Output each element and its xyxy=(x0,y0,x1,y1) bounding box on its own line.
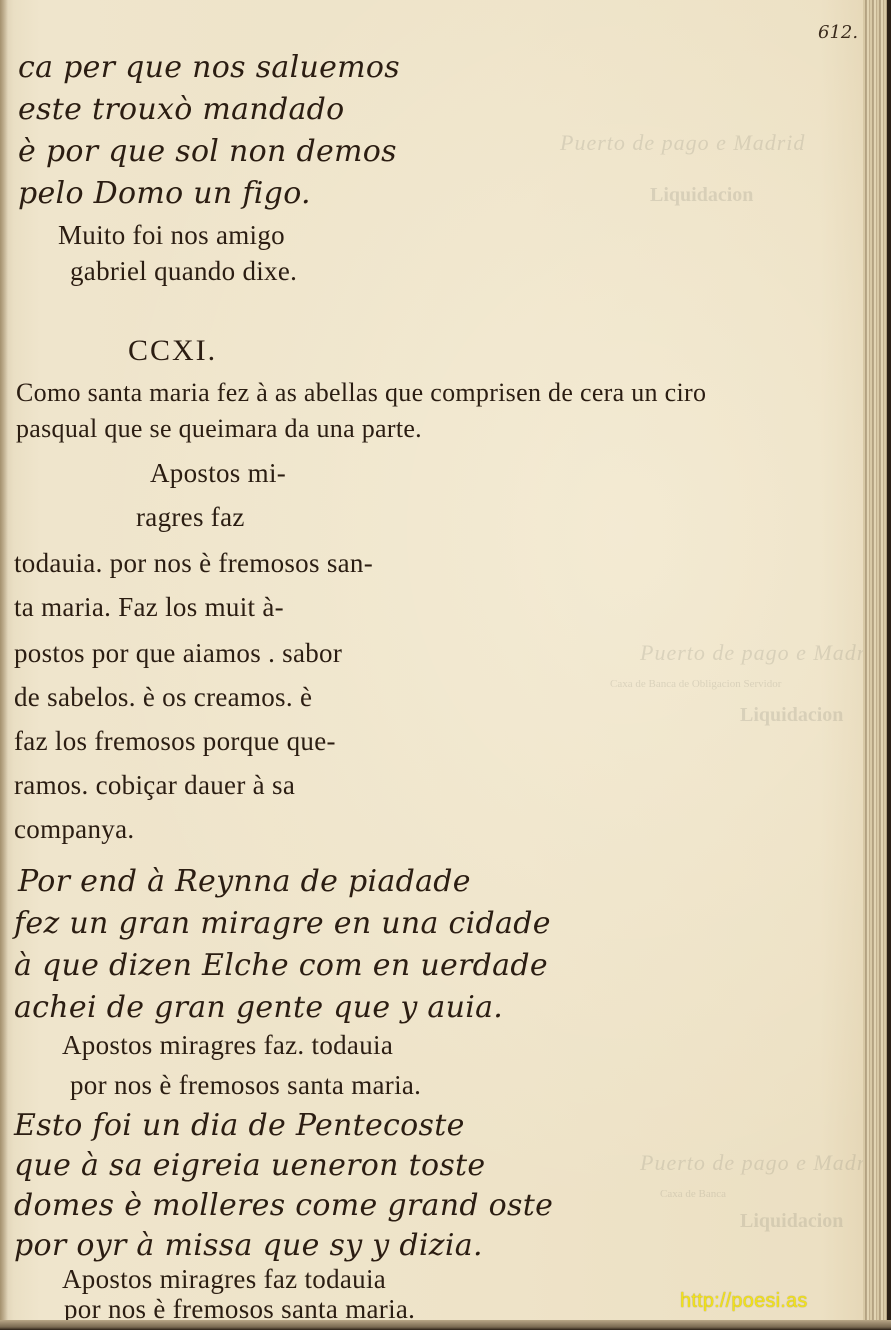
verse-line: Esto foi un dia de Pentecoste xyxy=(14,1108,465,1143)
rubric-line: pasqual que se queimara da una parte. xyxy=(16,414,422,444)
refrain-line: ta maria. Faz los muit à- xyxy=(14,592,284,623)
refrain-line: companya. xyxy=(14,814,134,845)
bleed-through-block-3: Puerto de pago e Madrid Caxa de Banca Li… xyxy=(640,1150,885,1233)
verse-line: achei de gran gente que y auia. xyxy=(14,990,503,1025)
verse-line: domes è molleres come grand oste xyxy=(14,1188,553,1223)
refrain-line: de sabelos. è os creamos. è xyxy=(14,682,312,713)
watermark-url: http://poesi.as xyxy=(680,1290,808,1313)
manuscript-page: Puerto de pago e Madrid Liquidacion Puer… xyxy=(0,0,891,1330)
verse-line: à que dizen Elche com en uerdade xyxy=(14,948,548,983)
refrain-line: faz los fremosos porque que- xyxy=(14,726,336,757)
bleed-through-title: Puerto de pago e Madrid xyxy=(560,130,805,156)
refrain-line: Apostos mi- xyxy=(150,458,286,489)
refrain-line: por nos è fremosos santa maria. xyxy=(70,1070,421,1101)
verse-line: Por end à Reynna de piadade xyxy=(18,864,471,899)
verse-line: este trouxò mandado xyxy=(18,92,345,127)
verse-line: por oyr à missa que sy y dizia. xyxy=(14,1228,483,1263)
refrain-line: Apostos miragres faz todauia xyxy=(62,1264,386,1295)
refrain-line: ramos. cobiçar dauer à sa xyxy=(14,770,295,801)
bleed-through-bold: Liquidacion xyxy=(650,184,805,207)
bleed-through-title: Puerto de pago e Madrid xyxy=(640,1150,885,1176)
refrain-line: todauia. por nos è fremosos san- xyxy=(14,548,373,579)
section-heading: CCXI. xyxy=(128,334,217,368)
refrain-line: ragres faz xyxy=(136,502,245,533)
refrain-line: Apostos miragres faz. todauia xyxy=(62,1030,393,1061)
bleed-through-block-2: Puerto de pago e Madrid Caxa de Banca de… xyxy=(640,640,885,727)
verse-line: que à sa eigreia ueneron toste xyxy=(14,1148,485,1183)
page-edges xyxy=(863,0,891,1330)
bleed-through-sub: Caxa de Banca xyxy=(660,1188,885,1200)
refrain-line: gabriel quando dixe. xyxy=(70,256,297,287)
bleed-through-block-1: Puerto de pago e Madrid Liquidacion xyxy=(560,130,805,207)
bleed-through-sub: Caxa de Banca de Obligacion Servidor xyxy=(610,678,885,690)
refrain-line: postos por que aiamos . sabor xyxy=(14,638,342,669)
verse-line: fez un gran miragre en una cidade xyxy=(14,906,551,941)
verse-line: pelo Domo un figo. xyxy=(18,176,311,211)
rubric-line: Como santa maria fez à as abellas que co… xyxy=(16,378,706,408)
page-bottom-edge xyxy=(0,1320,891,1330)
verse-line: è por que sol non demos xyxy=(18,134,397,169)
bleed-through-title: Puerto de pago e Madrid xyxy=(640,640,885,666)
page-number: 612. xyxy=(818,22,858,43)
verse-line: ca per que nos saluemos xyxy=(18,50,400,85)
refrain-line: Muito foi nos amigo xyxy=(58,220,285,251)
